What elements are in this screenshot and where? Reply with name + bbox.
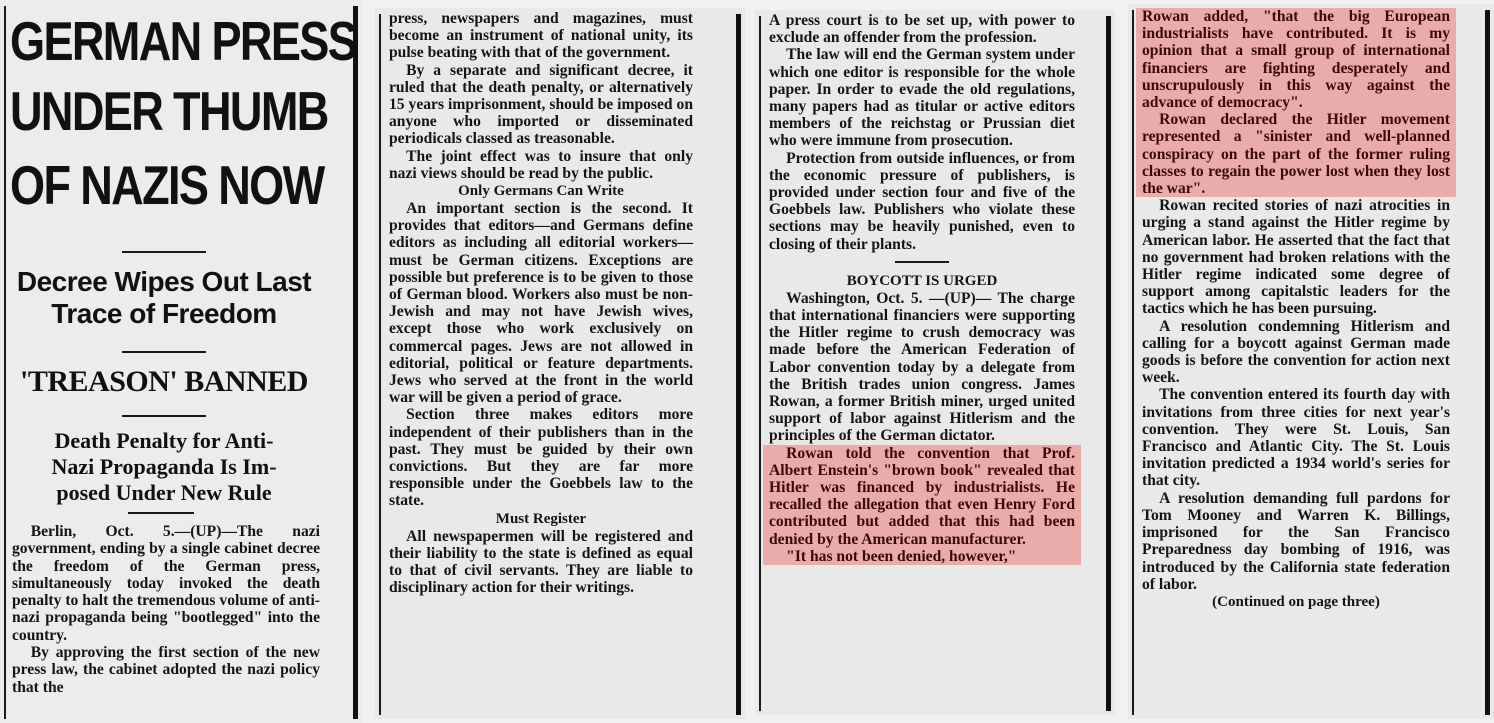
column-4: Rowan added, "that the big European indu… — [1128, 4, 1494, 719]
subhead: Only Germans Can Write — [389, 183, 693, 200]
headline-line-2: UNDER THUMB — [10, 84, 328, 139]
column-1: GERMAN PRESS UNDER THUMB OF NAZIS NOW De… — [0, 0, 362, 723]
paragraph: The joint effect was to insure that only… — [389, 148, 693, 182]
deck-divider — [128, 512, 194, 514]
section-divider — [895, 261, 949, 263]
paragraph: By approving the first section of the ne… — [12, 644, 320, 696]
deck-3-line-3: posed Under New Rule — [8, 480, 320, 506]
column-rule — [4, 6, 6, 719]
paragraph: Washington, Oct. 5. —(UP)— The charge th… — [769, 290, 1075, 445]
paragraph: An important section is the second. It p… — [389, 200, 693, 406]
column-rule — [1485, 10, 1490, 715]
column-rule — [759, 16, 761, 711]
paragraph: press, newspapers and magazines, must be… — [389, 10, 693, 62]
headline-divider — [122, 251, 206, 253]
headline-line-3: OF NAZIS NOW — [10, 158, 324, 213]
subhead: Must Register — [389, 511, 693, 528]
column-rule — [1106, 16, 1111, 711]
paragraph: By a separate and significant decree, it… — [389, 62, 693, 148]
paragraph: A resolution condemning Hitlerism and ca… — [1142, 318, 1450, 387]
paragraph: Berlin, Oct. 5.—(UP)—The nazi government… — [12, 523, 320, 644]
deck-1-line-2: Trace of Freedom — [8, 298, 320, 330]
deck-3-line-1: Death Penalty for Anti- — [8, 428, 320, 454]
paragraph: The law will end the German system under… — [769, 46, 1075, 149]
headline-line-1: GERMAN PRESS — [10, 14, 356, 69]
paragraph: Rowan added, "that the big European indu… — [1142, 8, 1450, 111]
deck-2: 'TREASON' BANNED — [8, 364, 320, 400]
column-rule — [353, 6, 358, 719]
column-3: A press court is to be set up, with powe… — [755, 10, 1115, 715]
paragraph: Rowan declared the Hitler movement repre… — [1142, 111, 1450, 197]
paragraph: Protection from outside influences, or f… — [769, 150, 1075, 253]
deck-3-line-2: Nazi Propaganda Is Im- — [8, 454, 320, 480]
column-rule — [1132, 10, 1134, 715]
deck-1-line-1: Decree Wipes Out Last — [8, 266, 320, 298]
deck-3: Death Penalty for Anti- Nazi Propaganda … — [8, 428, 320, 506]
paragraph: Rowan told the convention that Prof. Alb… — [769, 445, 1075, 548]
paragraph: A resolution demanding full pardons for … — [1142, 490, 1450, 593]
subhead: BOYCOTT IS URGED — [769, 273, 1075, 290]
column-rule — [736, 14, 741, 715]
column-3-text: A press court is to be set up, with powe… — [769, 12, 1075, 565]
deck-1: Decree Wipes Out Last Trace of Freedom — [8, 266, 320, 330]
column-2: press, newspapers and magazines, must be… — [375, 8, 745, 719]
column-2-text: press, newspapers and magazines, must be… — [389, 10, 693, 597]
paragraph: Section three makes editors more indepen… — [389, 406, 693, 509]
highlighted-passage: Rowan added, "that the big European indu… — [1136, 8, 1456, 197]
lead-body: Berlin, Oct. 5.—(UP)—The nazi government… — [12, 523, 320, 696]
paragraph: All newspapermen will be registered and … — [389, 528, 693, 597]
paragraph: Rowan recited stories of nazi atrocities… — [1142, 197, 1450, 317]
paragraph: "It has not been denied, however," — [769, 548, 1075, 565]
paragraph: A press court is to be set up, with powe… — [769, 12, 1075, 46]
continued-notice: (Continued on page three) — [1142, 594, 1450, 611]
deck-divider — [122, 351, 206, 353]
column-4-text: Rowan added, "that the big European indu… — [1142, 8, 1450, 611]
highlighted-passage: Rowan told the convention that Prof. Alb… — [763, 445, 1081, 565]
column-rule — [379, 14, 381, 715]
deck-divider — [122, 415, 206, 417]
paragraph: The convention entered its fourth day wi… — [1142, 386, 1450, 489]
